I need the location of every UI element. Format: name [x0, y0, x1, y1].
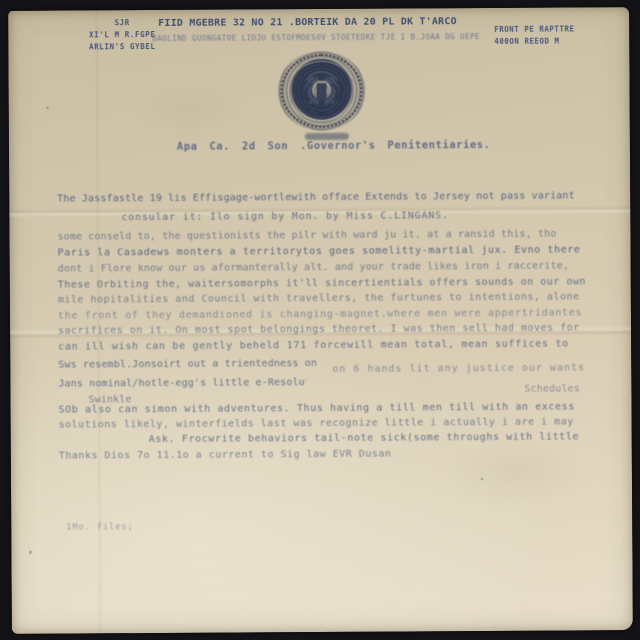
ink-speck — [29, 551, 31, 554]
body-line: on 6 hands lit any justice our wants — [332, 362, 588, 375]
letterhead-right-line: FRONT PE RAPTTRE — [494, 23, 606, 36]
ink-speck — [481, 478, 483, 480]
letterhead-right-line: 400ON REEOD M — [494, 35, 606, 48]
seal-crest-icon — [277, 51, 365, 132]
letterhead-title: FIID MGEBRE 32 NO 21 .BORTEIK DA 20 PL D… — [158, 16, 456, 29]
filing-annotation: 1Mo. files; — [66, 522, 133, 532]
letter-paper: SJR XI'L M R.FGPE ARLIN'S GYBEL FIID MGE… — [8, 7, 633, 634]
ink-speck — [47, 107, 49, 109]
body-line: consular it: Ilo sign by Mon. by Miss C.… — [121, 210, 451, 223]
letter-heading: Apa Ca. 2d Son .Governor's Penitentiarie… — [177, 139, 495, 153]
body-line: Schedules — [524, 383, 588, 394]
body-line: Thanks Dios 7o 11.1o a current to Sig la… — [59, 449, 399, 462]
official-seal-stamp — [277, 51, 365, 132]
letterhead-top-right-block: FRONT PE RAPTTRE 400ON REEOD M — [494, 23, 606, 48]
scanned-letter: SJR XI'L M R.FGPE ARLIN'S GYBEL FIID MGE… — [0, 0, 640, 640]
body-line: Jans nominal/hotle-egg's little e-Resolu… — [58, 377, 306, 390]
body-line: Sws resembl.Jonsoirt out a trientedness … — [58, 358, 318, 371]
